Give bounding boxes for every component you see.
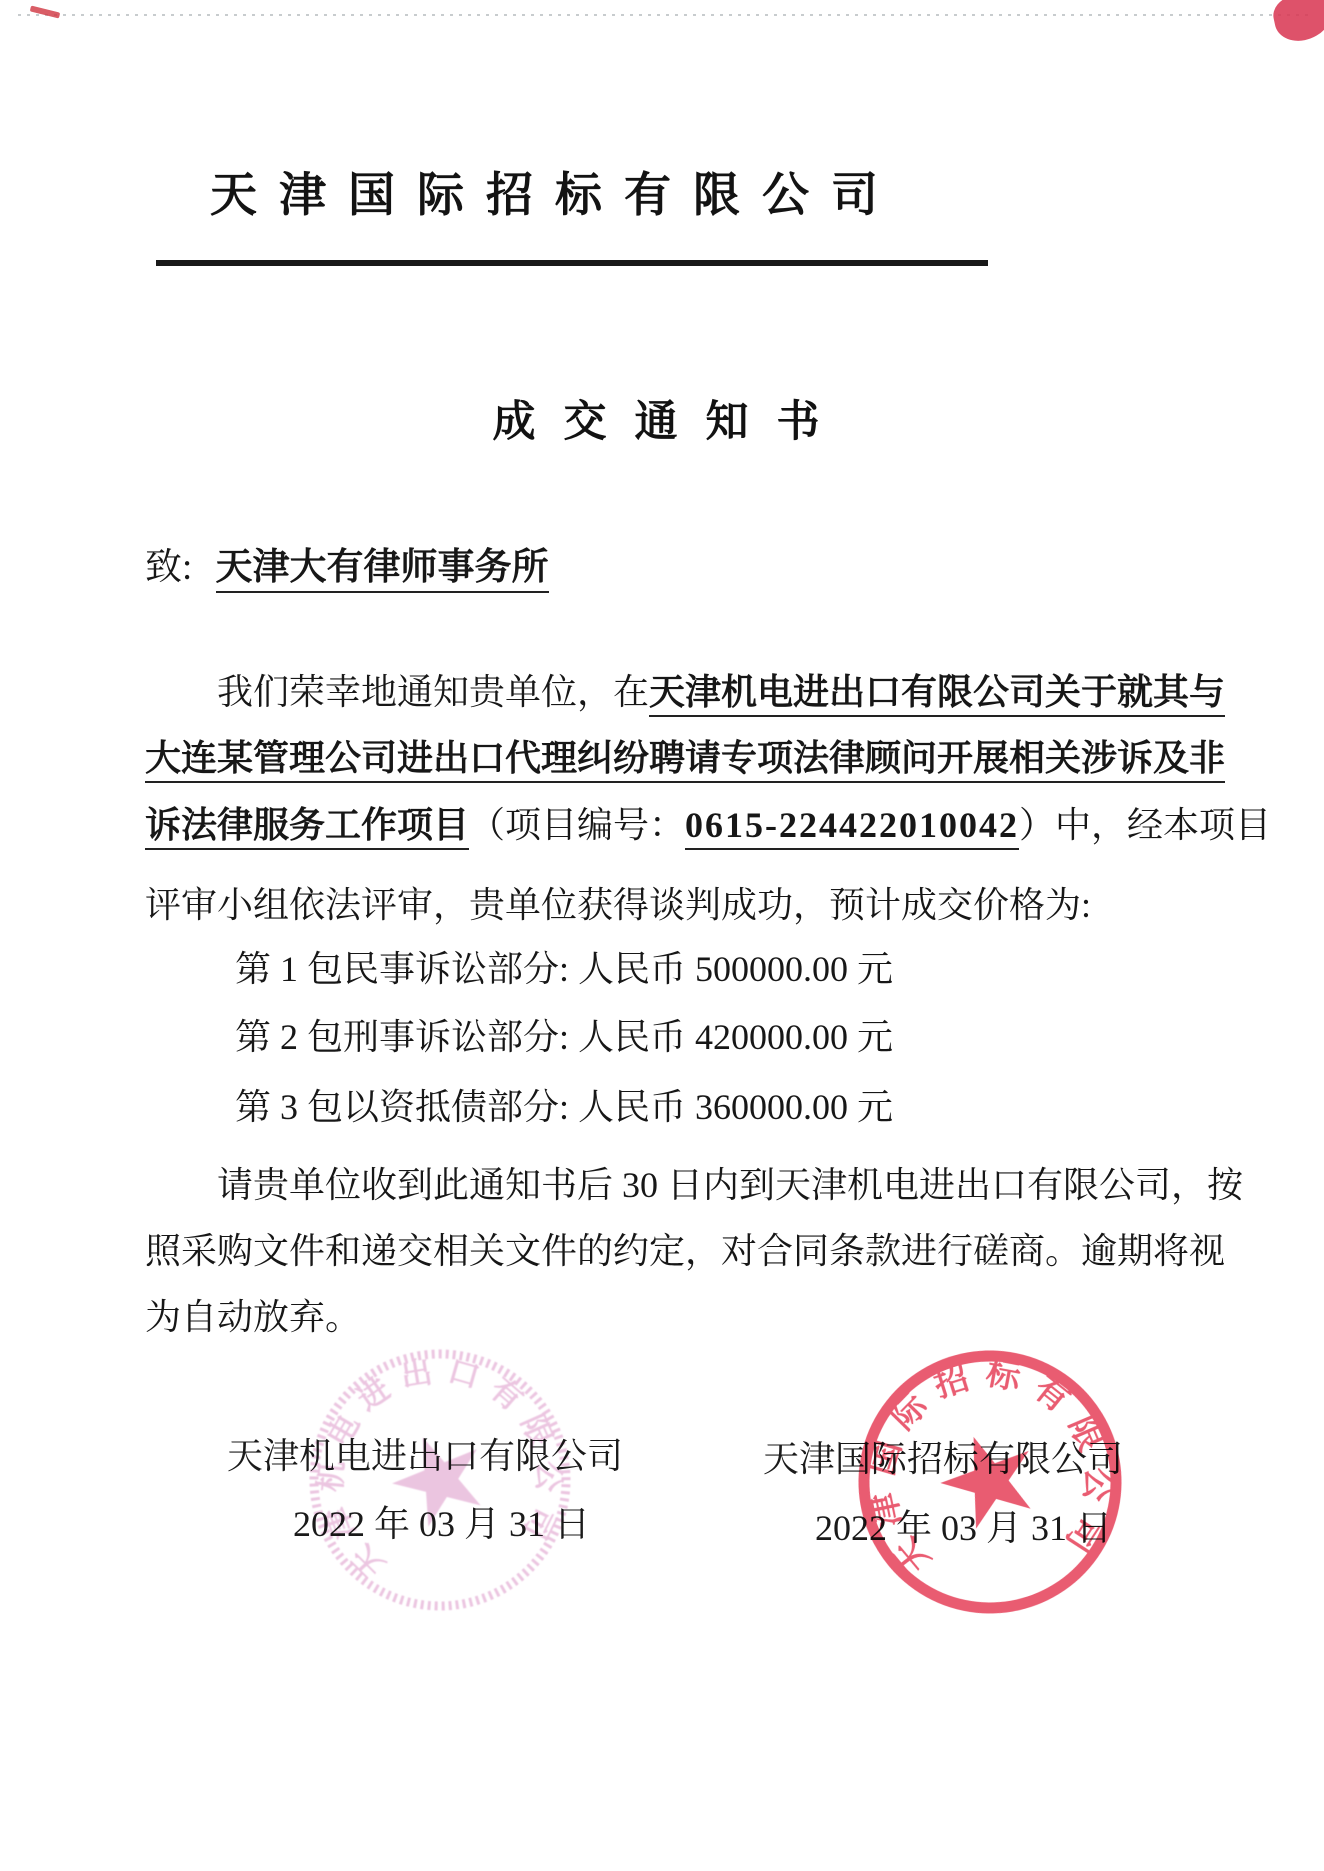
seal-left-ring [287, 1327, 592, 1632]
paragraph1-line1: 我们荣幸地通知贵单位，在天津机电进出口有限公司关于就其与 [145, 664, 1225, 715]
company-seal-right: 天津国际招标有限公司 [828, 1320, 1152, 1644]
p1l2-project-name: 大连某管理公司进出口代理纠纷聘请专项法律顾问开展相关涉诉及非 [145, 738, 1225, 783]
paragraph1-line3: 诉法律服务工作项目（项目编号：0615-224422010042）中，经本项目 [145, 797, 1271, 848]
red-mark-top-right [1270, 0, 1324, 46]
project-number: 0615-224422010042 [685, 805, 1019, 850]
paragraph2-line2: 照采购文件和递交相关文件的约定，对合同条款进行磋商。逾期将视 [145, 1223, 1225, 1274]
signature-left-company: 天津机电进出口有限公司 [227, 1428, 623, 1479]
p1l3-tail-text: ）中，经本项目 [1019, 805, 1271, 845]
paragraph2-line3: 为自动放弃。 [145, 1289, 361, 1340]
letterhead-rule [156, 260, 988, 266]
paragraph1-line4: 评审小组依法评审，贵单位获得谈判成功，预计成交价格为: [145, 877, 1091, 928]
p1l1-plain-text: 我们荣幸地通知贵单位，在 [217, 672, 649, 712]
p1l3-project-no-label: （项目编号： [469, 805, 685, 845]
seal-right-ring [844, 1336, 1136, 1628]
addressee-name: 天津大有律师事务所 [216, 547, 549, 593]
company-seal-left: 天津机电进出口有限公司 [270, 1310, 609, 1649]
p1l3-project-name: 诉法律服务工作项目 [145, 805, 469, 850]
price-line-package3: 第 3 包以资抵债部分: 人民币 360000.00 元 [235, 1079, 893, 1130]
p1l1-project-name: 天津机电进出口有限公司关于就其与 [649, 672, 1225, 717]
price-line-package2: 第 2 包刑事诉讼部分: 人民币 420000.00 元 [235, 1009, 893, 1060]
addressee-line: 致: 天津大有律师事务所 [145, 536, 549, 590]
signature-left-date: 2022 年 03 月 31 日 [293, 1496, 590, 1547]
signature-right-date: 2022 年 03 月 31 日 [815, 1500, 1112, 1551]
p1l4-text: 评审小组依法评审，贵单位获得谈判成功，预计成交价格为: [145, 885, 1091, 925]
letterhead-company-name: 天津国际招标有限公司 [140, 158, 970, 225]
addressee-label: 致: [145, 547, 192, 588]
paragraph2-line1: 请贵单位收到此通知书后 30 日内到天津机电进出口有限公司，按 [145, 1157, 1243, 1208]
paragraph1-line2: 大连某管理公司进出口代理纠纷聘请专项法律顾问开展相关涉诉及非 [145, 730, 1225, 781]
signature-right-company: 天津国际招标有限公司 [763, 1431, 1123, 1482]
document-title: 成交通知书 [250, 388, 1090, 449]
red-mark-top-left [30, 5, 61, 18]
scanned-document-page: 天津国际招标有限公司 成交通知书 致: 天津大有律师事务所 我们荣幸地通知贵单位… [0, 0, 1324, 1871]
price-line-package1: 第 1 包民事诉讼部分: 人民币 500000.00 元 [235, 941, 893, 992]
scan-artifact-line [18, 14, 1308, 16]
